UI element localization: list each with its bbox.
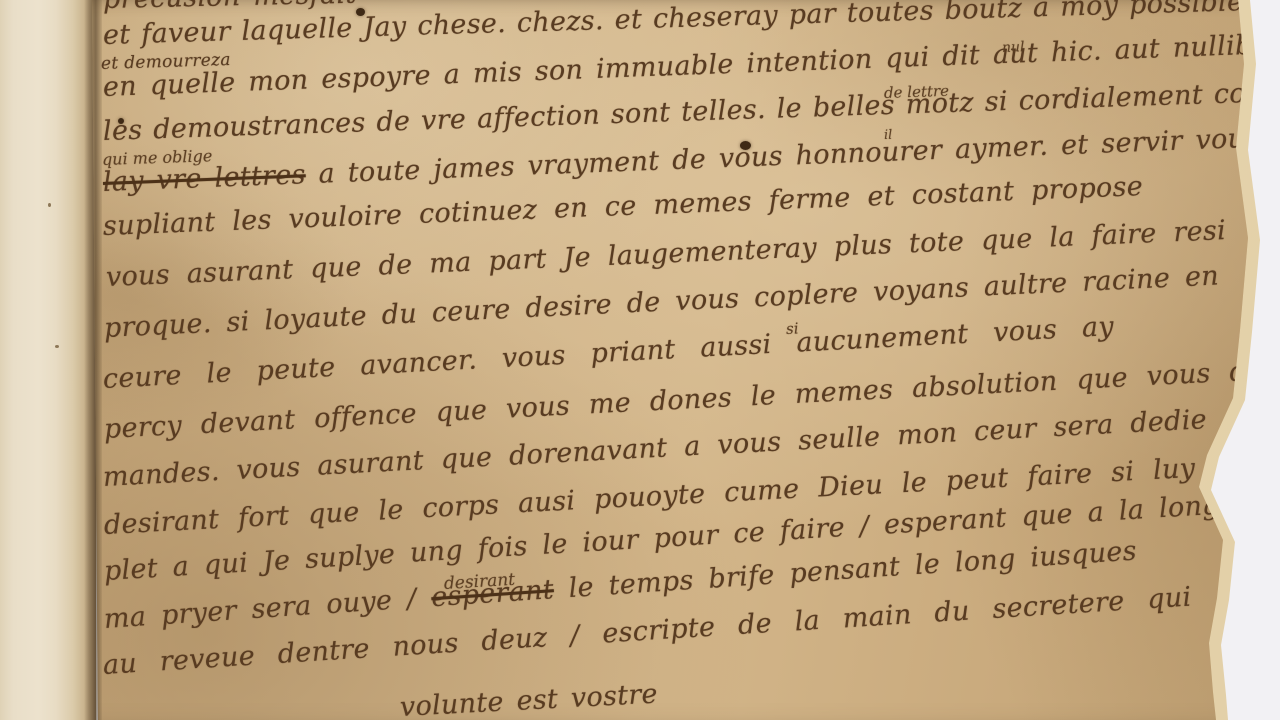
paper-speck	[48, 203, 51, 207]
handwriting-layer: precusion mesfait et faveur laquelle Jay…	[0, 0, 1280, 720]
interlinear-insertion: il	[884, 128, 893, 143]
ink-blot	[118, 118, 124, 124]
interlinear-insertion: nul	[1002, 39, 1025, 56]
manuscript-line-16: volunte est vostre	[399, 680, 658, 720]
ink-blot	[356, 8, 365, 16]
adjacent-page-edge	[0, 0, 96, 720]
manuscript-line-14-prefix: ma pryer sera ouye /	[103, 582, 432, 635]
interlinear-insertion: si	[786, 319, 799, 338]
ink-blot	[740, 141, 751, 150]
interlinear-insertion: qui me oblige	[102, 146, 213, 169]
manuscript-photo: precusion mesfait et faveur laquelle Jay…	[0, 0, 1280, 720]
interlinear-insertion: de lettre	[884, 82, 950, 102]
paper-speck	[55, 345, 59, 348]
